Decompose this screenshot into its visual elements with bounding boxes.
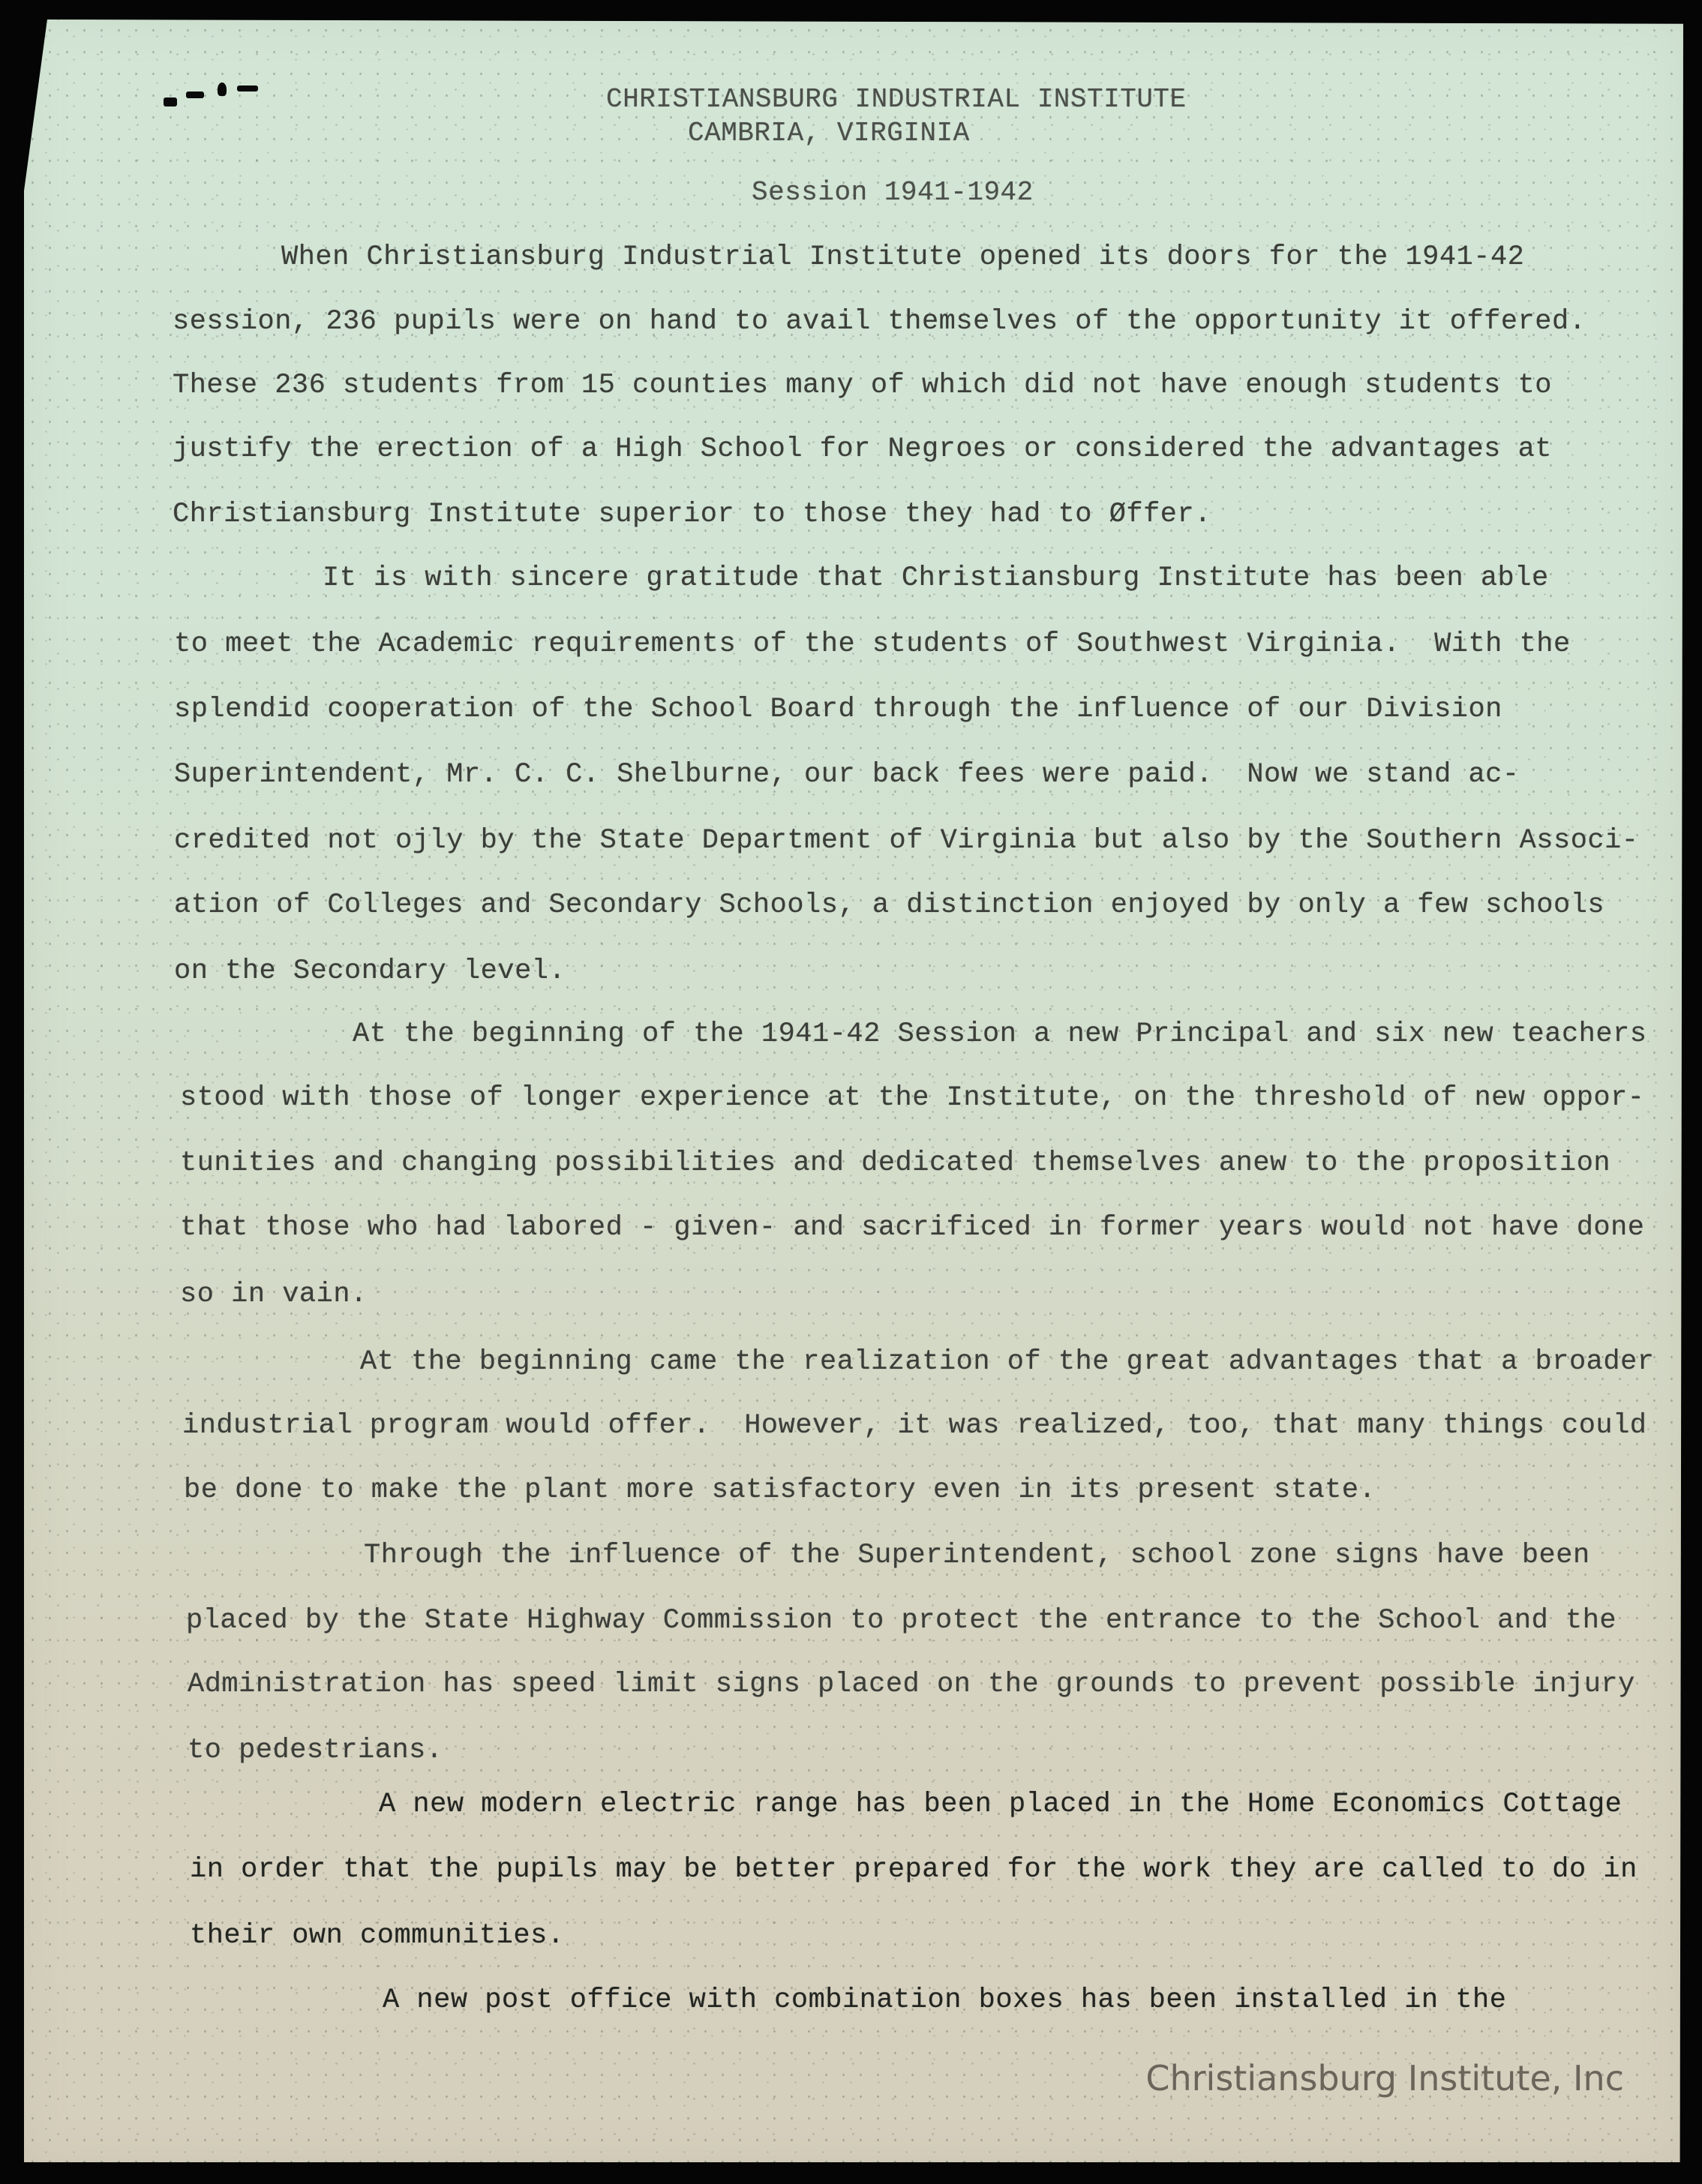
paragraph-3-line-2: stood with those of longer experience at… xyxy=(180,1082,1645,1114)
paragraph-3-line-4: that those who had labored - given- and … xyxy=(180,1212,1645,1243)
paragraph-6-line-3: their own communities. xyxy=(190,1920,564,1951)
paragraph-4-line-1: At the beginning came the realization of… xyxy=(360,1346,1654,1378)
paragraph-2-line-1: It is with sincere gratitude that Christ… xyxy=(323,562,1549,594)
paragraph-3-line-1: At the beginning of the 1941-42 Session … xyxy=(353,1018,1646,1050)
institution-location: CAMBRIA, VIRGINIA xyxy=(688,118,970,148)
paragraph-6-line-2: in order that the pupils may be better p… xyxy=(190,1854,1637,1885)
paragraph-1-line-3: These 236 students from 15 counties many… xyxy=(173,370,1552,401)
paragraph-2-line-2: to meet the Academic requirements of the… xyxy=(174,628,1571,660)
paragraph-1-line-2: session, 236 pupils were on hand to avai… xyxy=(173,306,1586,337)
institution-name: CHRISTIANSBURG INDUSTRIAL INSTITUTE xyxy=(606,84,1187,115)
ink-mark xyxy=(164,81,261,111)
paragraph-5-line-4: to pedestrians. xyxy=(188,1735,443,1766)
paragraph-5-line-3: Administration has speed limit signs pla… xyxy=(188,1669,1635,1700)
paragraph-1-line-1: When Christiansburg Industrial Institute… xyxy=(281,241,1524,273)
paragraph-3-line-3: tunities and changing possibilities and … xyxy=(180,1147,1610,1179)
paragraph-4-line-2: industrial program would offer. However,… xyxy=(182,1410,1647,1441)
paragraph-3-line-5: so in vain. xyxy=(180,1279,368,1310)
paragraph-6-line-1: A new modern electric range has been pla… xyxy=(379,1789,1622,1820)
watermark: Christiansburg Institute, Inc xyxy=(1145,2058,1624,2098)
paragraph-1-line-4: justify the erection of a High School fo… xyxy=(173,433,1552,465)
paragraph-2-line-7: on the Secondary level. xyxy=(174,955,566,987)
paragraph-7-line-1: A new post office with combination boxes… xyxy=(383,1984,1506,2016)
session-title: Session 1941-1942 xyxy=(752,177,1034,208)
paragraph-5-line-2: placed by the State Highway Commission t… xyxy=(186,1605,1616,1636)
paragraph-4-line-3: be done to make the plant more satisfact… xyxy=(184,1474,1376,1506)
paragraph-2-line-6: ation of Colleges and Secondary Schools,… xyxy=(174,889,1604,921)
paragraph-2-line-4: Superintendent, Mr. C. C. Shelburne, our… xyxy=(174,759,1520,790)
paragraph-2-line-5: credited not ojly by the State Departmen… xyxy=(174,825,1639,856)
paragraph-2-line-3: splendid cooperation of the School Board… xyxy=(174,694,1502,725)
paragraph-1-line-5: Christiansburg Institute superior to tho… xyxy=(173,499,1211,530)
paragraph-5-line-1: Through the influence of the Superintend… xyxy=(364,1540,1590,1571)
